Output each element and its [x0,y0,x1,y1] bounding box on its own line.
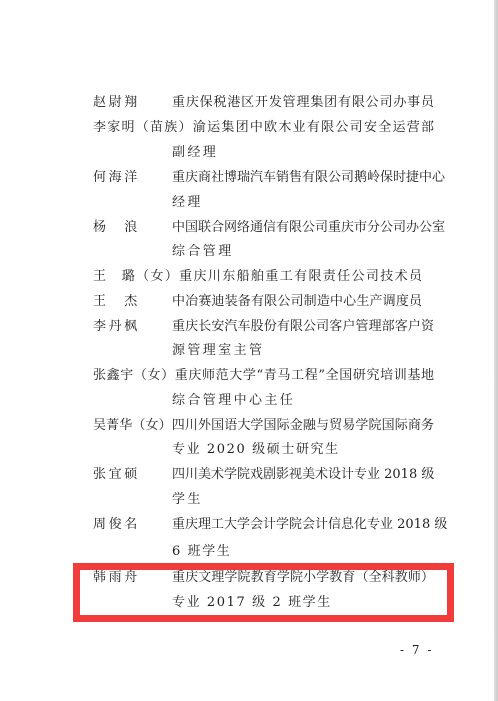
entry-organization: 重庆理工大学会计学院会计信息化专业 2018 级 [172,513,434,537]
entry-organization: 重庆保税港区开发管理集团有限公司办事员 [172,91,434,115]
entry-organization: 四川美术学院戏剧影视美术设计专业 2018 级 [172,463,434,487]
entry-name-highlighted: 韩雨舟 [93,566,140,590]
entry-organization: 重庆长安汽车股份有限公司客户管理部客户资 [172,315,434,339]
entry-organization: 中冶赛迪装备有限公司制造中心生产调度员 [172,290,422,314]
entry-organization-continued: 源管理室主管 [172,339,264,363]
entry-organization-continued: 专业 2020 级硕士研究生 [172,438,340,462]
entry-organization-highlighted: 重庆文理学院教育学院小学教育（全科教师） [172,566,434,590]
entry-organization: 中国联合网络通信有限公司重庆市分公司办公室 [172,216,434,240]
entry-organization-continued-highlighted: 专业 2017 级 2 班学生 [172,591,332,615]
entry-name: 何海洋 [93,166,140,190]
scrollbar-edge[interactable] [494,0,498,701]
entry-name: 杨 浪 [93,216,140,240]
entry-name: 王 杰 [93,290,140,314]
entry-name: 张宜硕 [93,463,140,487]
entry-organization-continued: 学生 [172,488,203,512]
entry-organization-continued: 副经理 [172,141,218,165]
entry-organization-continued: 综合管理中心主任 [172,389,295,413]
entry-name: 赵尉翔 [93,91,140,115]
entry-organization-continued: 综合管理 [172,240,234,264]
entry-organization-continued: 经理 [172,191,203,215]
entry-name-organization: 吴菁华（女）四川外国语大学国际金融与贸易学院国际商务 [93,414,434,438]
entry-name-organization: 李家明（苗族）渝运集团中欧木业有限公司安全运营部 [93,116,434,140]
document-page: 赵尉翔 重庆保税港区开发管理集团有限公司办事员 李家明（苗族）渝运集团中欧木业有… [0,0,494,701]
entry-name: 李丹枫 [93,315,140,339]
entry-name-organization: 王 璐（女）重庆川东船舶重工有限责任公司技术员 [93,265,422,289]
entry-organization: 重庆商社博瑞汽车销售有限公司鹅岭保时捷中心 [172,166,434,190]
entry-organization-continued: 6 班学生 [172,540,231,564]
entry-name-organization: 张鑫宇（女）重庆师范大学“青马工程”全国研究培训基地 [93,364,434,388]
entry-name: 周俊名 [93,513,140,537]
page-number: - 7 - [400,643,433,657]
